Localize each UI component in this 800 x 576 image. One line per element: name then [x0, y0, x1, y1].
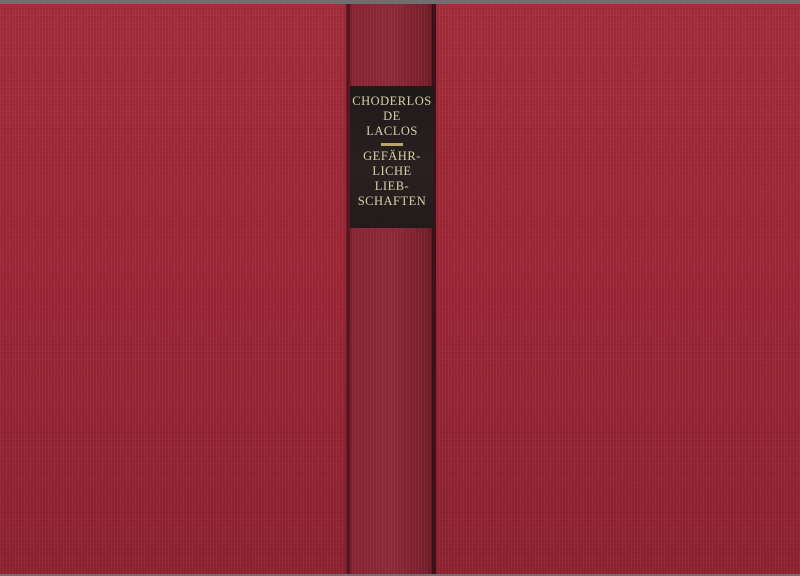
- author-name: Choderlos de Laclos: [350, 86, 434, 139]
- author-line: Choderlos: [350, 94, 434, 109]
- front-cover: [436, 4, 800, 574]
- title-line: liche: [350, 164, 434, 179]
- author-line: de: [350, 109, 434, 124]
- spine-label: Choderlos de Laclos Gefähr- liche Lieb- …: [350, 86, 434, 228]
- title-line: Lieb-: [350, 179, 434, 194]
- title-line: Gefähr-: [350, 149, 434, 164]
- ornament-rule: [381, 143, 403, 146]
- author-line: Laclos: [350, 124, 434, 139]
- book-title: Gefähr- liche Lieb- schaften: [350, 149, 434, 209]
- back-cover: [0, 4, 348, 574]
- title-line: schaften: [350, 194, 434, 209]
